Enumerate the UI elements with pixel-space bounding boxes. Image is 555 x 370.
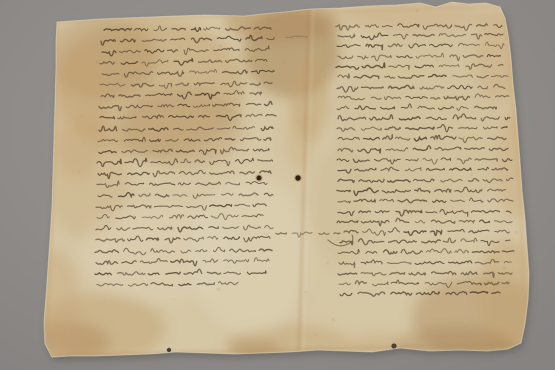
manuscript-photo: [0, 0, 555, 370]
photo-backdrop: [0, 0, 555, 370]
